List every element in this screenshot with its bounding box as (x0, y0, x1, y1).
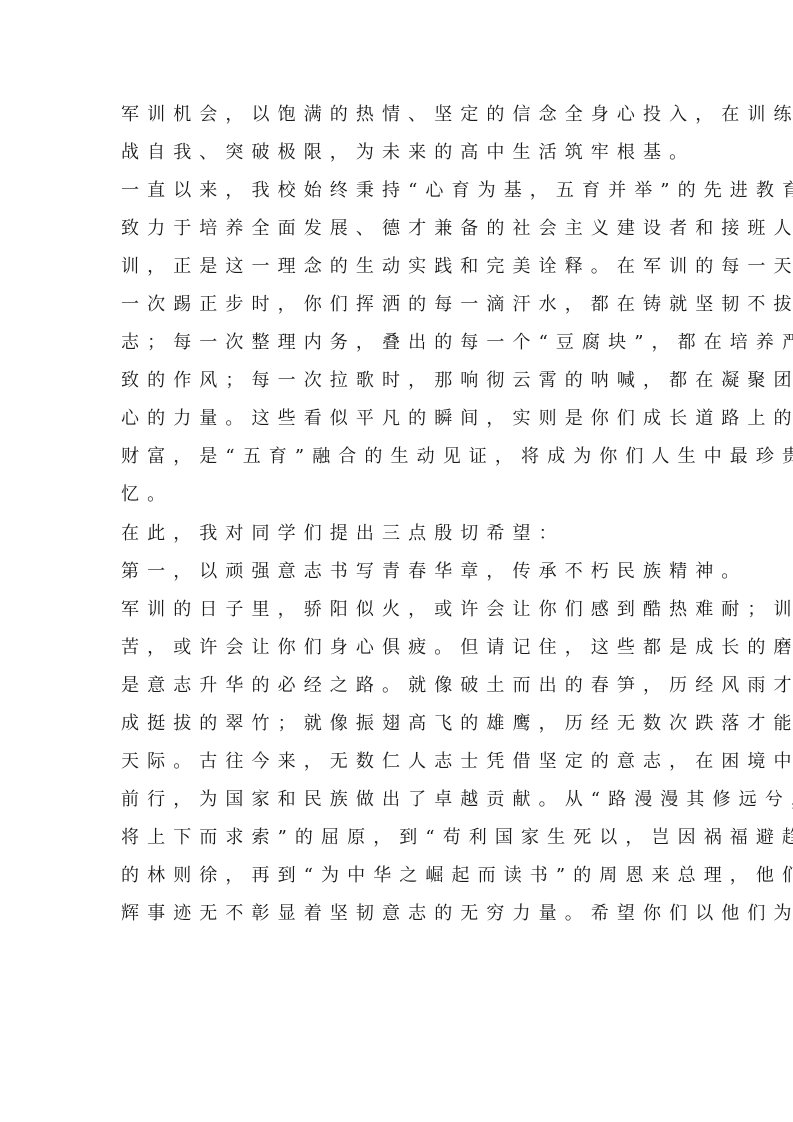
text-line: 军训的日子里，骄阳似火，或许会让你们感到酷热难耐；训练艰 (121, 591, 681, 629)
text-line: 忆。 (121, 476, 681, 514)
body-text: 军训机会，以饱满的热情、坚定的信念全身心投入，在训练中挑 战自我、突破极限，为未… (121, 96, 681, 933)
text-line: 军训机会，以饱满的热情、坚定的信念全身心投入，在训练中挑 (121, 96, 681, 134)
text-line: 战自我、突破极限，为未来的高中生活筑牢根基。 (121, 134, 681, 172)
text-line: 心的力量。这些看似平凡的瞬间，实则是你们成长道路上的宝贵 (121, 400, 681, 438)
text-line: 苦，或许会让你们身心俱疲。但请记住，这些都是成长的磨砺， (121, 629, 681, 667)
text-line: 志；每一次整理内务，叠出的每一个“豆腐块”，都在培养严谨细 (121, 324, 681, 362)
text-line: 一次踢正步时，你们挥洒的每一滴汗水，都在铸就坚韧不拔的意 (121, 286, 681, 324)
text-line: 致力于培养全面发展、德才兼备的社会主义建设者和接班人。军 (121, 210, 681, 248)
text-line: 辉事迹无不彰显着坚韧意志的无穷力量。希望你们以他们为榜样， (121, 895, 681, 933)
text-line: 在此，我对同学们提出三点殷切希望： (121, 515, 681, 553)
document-page: 军训机会，以饱满的热情、坚定的信念全身心投入，在训练中挑 战自我、突破极限，为未… (0, 0, 793, 1122)
text-line: 的林则徐，再到“为中华之崛起而读书”的周恩来总理，他们的光 (121, 857, 681, 895)
text-line: 致的作风；每一次拉歌时，那响彻云霄的呐喊，都在凝聚团结一 (121, 362, 681, 400)
text-line: 一直以来，我校始终秉持“心育为基，五育并举”的先进教育理念， (121, 172, 681, 210)
text-line: 训，正是这一理念的生动实践和完美诠释。在军训的每一天，每 (121, 248, 681, 286)
text-line: 前行，为国家和民族做出了卓越贡献。从“路漫漫其修远兮，吾 (121, 781, 681, 819)
text-line: 是意志升华的必经之路。就像破土而出的春笋，历经风雨才能长 (121, 667, 681, 705)
text-line: 将上下而求索”的屈原，到“苟利国家生死以，岂因祸福避趋之” (121, 819, 681, 857)
text-line: 天际。古往今来，无数仁人志士凭借坚定的意志，在困境中砥砺 (121, 743, 681, 781)
section-heading: 第一，以顽强意志书写青春华章，传承不朽民族精神。 (121, 553, 681, 591)
text-line: 财富，是“五育”融合的生动见证，将成为你们人生中最珍贵的回 (121, 438, 681, 476)
text-line: 成挺拔的翠竹；就像振翅高飞的雄鹰，历经无数次跌落才能翱翔 (121, 705, 681, 743)
